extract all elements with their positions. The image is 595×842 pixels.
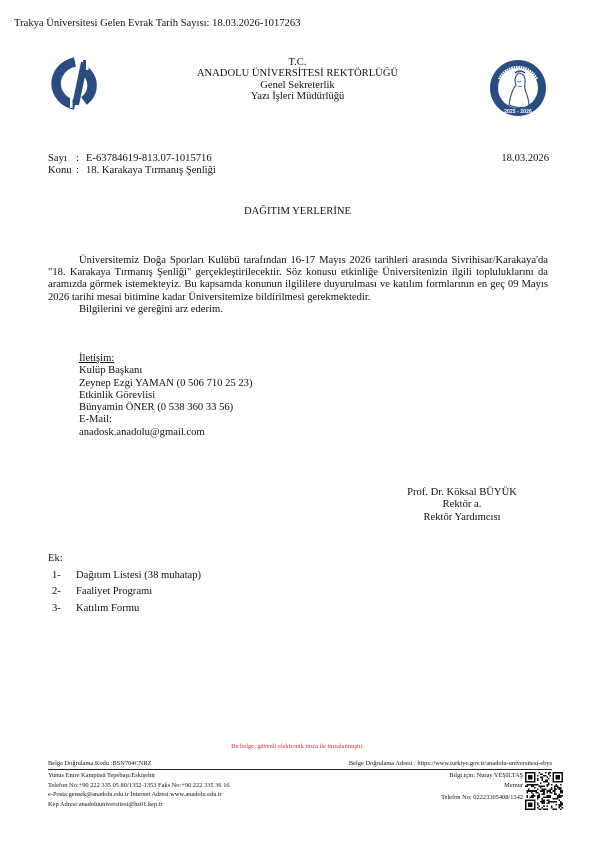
recipient-heading: DAĞITIM YERLERİNE — [0, 206, 595, 217]
letterhead-department: Genel Sekreterlik — [150, 80, 445, 91]
signer-name: Prof. Dr. Köksal BÜYÜK — [362, 487, 562, 499]
document-subject: 18. Karakaya Tırmanış Şenliği — [86, 165, 216, 177]
contact-line: Kulüp Başkanı — [79, 365, 253, 377]
address-line: e-Posta:gensek@anadolu.edu.tr İnternet A… — [48, 790, 230, 800]
signature-block: Prof. Dr. Köksal BÜYÜK Rektör a. Rektör … — [362, 487, 562, 524]
officer-name: Bilgi için: Nuray YEŞİLTAŞ — [441, 771, 523, 781]
attachments: Ek: 1-Dağıtım Listesi (38 muhatap) 2-Faa… — [48, 551, 201, 617]
subject-label: Konu — [48, 165, 76, 177]
signer-title: Rektör a. — [362, 499, 562, 511]
attachment-item: 2-Faaliyet Programı — [48, 584, 201, 601]
verification-address[interactable]: Belge Doğrulama Adresi : https://www.tur… — [349, 760, 552, 767]
letterhead: T.C. ANADOLU ÜNİVERSİTESİ REKTÖRLÜĞÜ Gen… — [150, 57, 445, 103]
verification-row: Belge Doğrulama Kodu :BSN704CNRZ Belge D… — [48, 760, 552, 767]
footer-divider — [48, 769, 552, 770]
verification-code: Belge Doğrulama Kodu :BSN704CNRZ — [48, 760, 152, 767]
attachments-list: 1-Dağıtım Listesi (38 muhatap) 2-Faaliye… — [48, 568, 201, 618]
svg-text:2025 - 2026: 2025 - 2026 — [504, 109, 532, 115]
incoming-document-stamp: Trakya Üniversitesi Gelen Evrak Tarih Sa… — [14, 18, 300, 29]
number-label: Sayı — [48, 153, 76, 165]
contact-officer: Bilgi için: Nuray YEŞİLTAŞ Memur Telefon… — [441, 771, 523, 803]
signer-role: Rektör Yardımcısı — [362, 512, 562, 524]
letterhead-unit: Yazı İşleri Müdürlüğü — [150, 91, 445, 102]
body-paragraph: Üniversitemiz Doğa Sporları Kulübü taraf… — [48, 255, 548, 304]
contact-block: İletişim: Kulüp Başkanı Zeynep Ezgi YAMA… — [79, 353, 253, 439]
officer-role: Memur — [441, 781, 523, 791]
address-line: Yunus Emre Kampüsü Tepebaşı/Eskişehir — [48, 771, 230, 781]
closing-line: Bilgilerini ve gereğini arz ederim. — [48, 304, 548, 316]
attachments-label: Ek: — [48, 551, 201, 568]
contact-line: Bünyamin ÖNER (0 538 360 33 56) — [79, 402, 253, 414]
officer-phone: Telefon No: 02223305408/1342 — [441, 793, 523, 803]
institution-address: Yunus Emre Kampüsü Tepebaşı/Eskişehir Te… — [48, 771, 230, 809]
meta-subject-row: Konu : 18. Karakaya Tırmanış Şenliği — [48, 165, 216, 177]
attachment-item: 3-Katılım Formu — [48, 601, 201, 618]
document-number: E-63784619-813.07-1015716 — [86, 153, 212, 165]
contact-line: Etkinlik Görevlisi — [79, 390, 253, 402]
letter-body: Üniversitemiz Doğa Sporları Kulübü taraf… — [48, 255, 548, 316]
contact-email: anadosk.anadolu@gmail.com — [79, 427, 253, 439]
attachment-item: 1-Dağıtım Listesi (38 muhatap) — [48, 568, 201, 585]
yunus-emre-emblem-icon: 2025 - 2026 — [489, 59, 547, 117]
qr-code-icon — [525, 771, 563, 811]
document-date: 18.03.2026 — [501, 153, 549, 164]
document-meta: Sayı : E-63784619-813.07-1015716 Konu : … — [48, 153, 216, 178]
letterhead-tc: T.C. — [150, 57, 445, 68]
letterhead-institution: ANADOLU ÜNİVERSİTESİ REKTÖRLÜĞÜ — [150, 68, 445, 79]
esignature-note: Bu belge, güvenli elektronik imza ile im… — [0, 743, 595, 750]
contact-line: Zeynep Ezgi YAMAN (0 506 710 25 23) — [79, 378, 253, 390]
contact-line: E-Mail: — [79, 414, 253, 426]
contact-heading: İletişim: — [79, 353, 253, 365]
university-logo-icon — [48, 56, 108, 110]
address-line: Kep Adresi:anadoluuniversitesi@hs01.kep.… — [48, 800, 230, 810]
meta-number-row: Sayı : E-63784619-813.07-1015716 — [48, 153, 216, 165]
address-line: Telefon No:+90 222 335 05 80/1352-1353 F… — [48, 781, 230, 791]
